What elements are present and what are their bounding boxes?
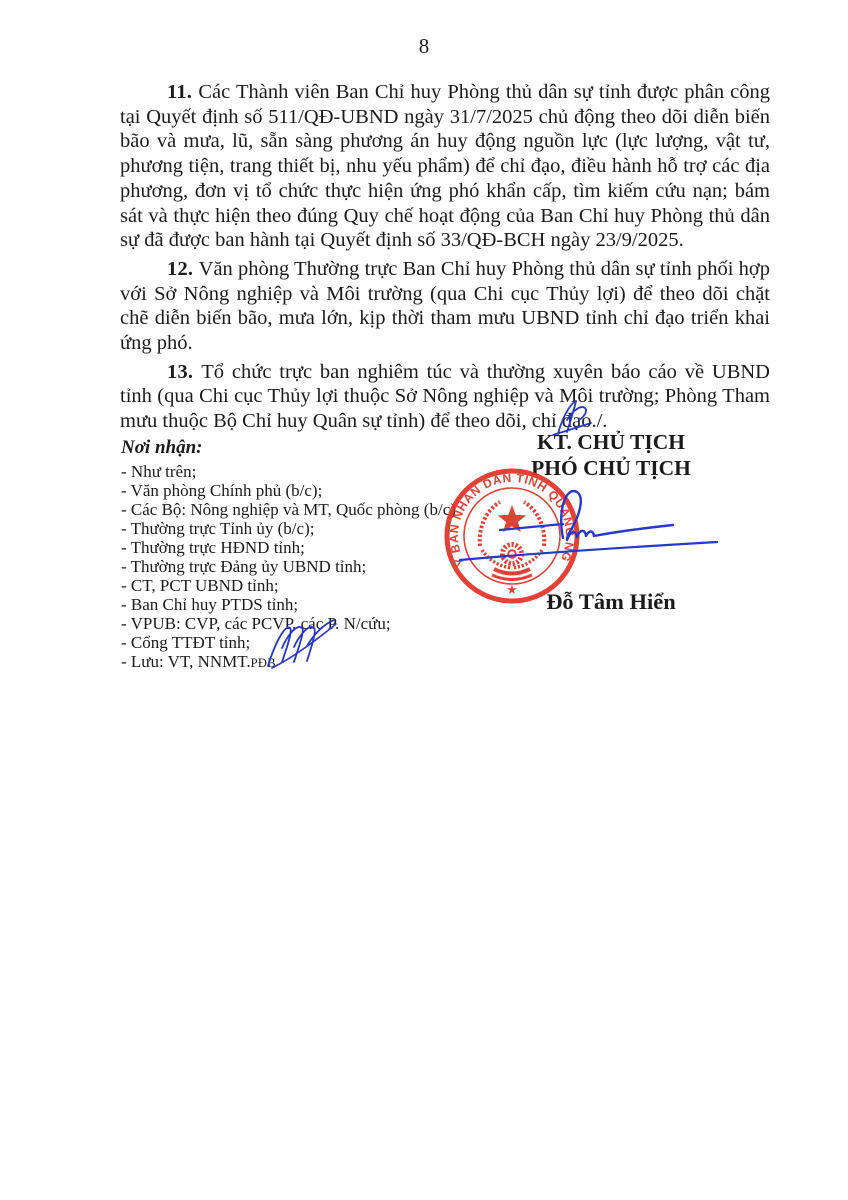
recipients-label: Nơi nhận:: [121, 437, 491, 459]
recipient-item: - Các Bộ: Nông nghiệp và MT, Quốc phòng …: [121, 500, 491, 519]
paragraph-number: 11.: [167, 81, 198, 103]
recipient-item: - Văn phòng Chính phủ (b/c);: [121, 481, 491, 500]
body-paragraph: 12. Văn phòng Thường trực Ban Chỉ huy Ph…: [120, 257, 770, 356]
handwritten-signature: [445, 478, 730, 588]
recipient-item: - CT, PCT UBND tỉnh;: [121, 576, 491, 595]
paragraph-text: Tổ chức trực ban nghiêm túc và thường xu…: [120, 361, 770, 432]
paragraph-number: 13.: [167, 361, 201, 383]
recipient-item: - Thường trực Tỉnh ủy (b/c);: [121, 519, 491, 538]
paragraph-text: Văn phòng Thường trực Ban Chỉ huy Phòng …: [120, 258, 770, 354]
recipient-item: - Ban Chỉ huy PTDS tỉnh;: [121, 595, 491, 614]
document-page: 8 11. Các Thành viên Ban Chỉ huy Phòng t…: [0, 0, 848, 1200]
acting-title: KT. CHỦ TỊCH: [470, 430, 752, 456]
recipient-item: - Như trên;: [121, 462, 491, 481]
recipient-item: - Thường trực Đảng ủy UBND tỉnh;: [121, 557, 491, 576]
clerk-initial-mark: [256, 616, 342, 674]
body-paragraph: 13. Tổ chức trực ban nghiêm túc và thườn…: [120, 360, 770, 434]
document-body: 11. Các Thành viên Ban Chỉ huy Phòng thủ…: [120, 80, 770, 438]
paragraph-text: Các Thành viên Ban Chỉ huy Phòng thủ dân…: [120, 81, 770, 251]
page-number: 8: [0, 34, 848, 59]
paragraph-number: 12.: [167, 258, 199, 280]
body-paragraph: 11. Các Thành viên Ban Chỉ huy Phòng thủ…: [120, 80, 770, 253]
signer-name: Đỗ Tâm Hiển: [470, 589, 752, 615]
recipient-item: - Thường trực HĐND tỉnh;: [121, 538, 491, 557]
